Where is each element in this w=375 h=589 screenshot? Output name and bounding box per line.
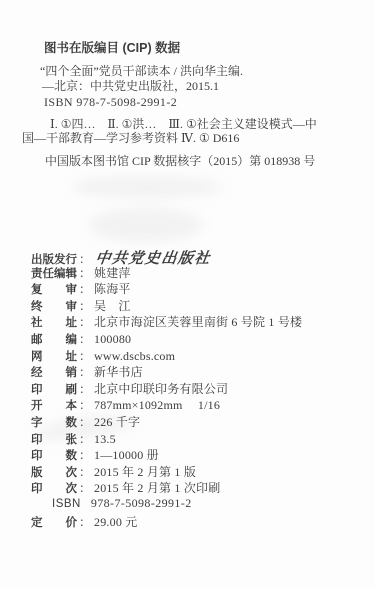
colophon-row: 开 本 ： 787mm×1092mm 1/16 — [31, 396, 361, 413]
colophon-label: 责任编辑 — [31, 265, 77, 281]
colophon-row: 印 刷 ： 北京中印联印务有限公司 — [31, 380, 361, 397]
cip-classification-line-2: 国—干部教育—学习参考资料 Ⅳ. ① D616 — [22, 131, 239, 145]
colophon-value: 787mm×1092mm 1/16 — [94, 396, 220, 413]
colophon-value: www.dscbs.com — [94, 349, 175, 364]
cip-classification-line-1: Ⅰ. ①四… Ⅱ. ①洪… Ⅲ. ①社会主义建设模式—中 — [50, 117, 317, 131]
cip-book-title: “四个全面”党员干部读本 / 洪向华主编. — [40, 64, 243, 78]
colophon-label: 印 次 — [31, 480, 77, 496]
colophon-value: 2015 年 2 月第 1 次印刷 — [94, 479, 220, 496]
colophon-value: 中共党史出版社 — [94, 247, 212, 268]
colophon-value: 226 千字 — [94, 413, 140, 430]
colophon-label: 邮 编 — [31, 331, 77, 347]
colophon-block: 出版发行 ： 中共党史出版社 责任编辑 ： 姚建萍 复 审 ： 陈海平 终 审 … — [31, 247, 361, 529]
cip-publisher-line: —北京：中共党史出版社，2015.1 — [42, 79, 219, 93]
colophon-colon: ： — [79, 330, 91, 347]
colophon-row: 社 址 ： 北京市海淀区芙蓉里南街 6 号院 1 号楼 — [31, 313, 361, 330]
colophon-label: 版 次 — [31, 464, 77, 480]
colophon-colon: ： — [79, 413, 91, 430]
colophon-label: 定 价 — [31, 514, 77, 530]
colophon-value: 吴 江 — [94, 297, 131, 314]
colophon-value: 29.00 元 — [94, 513, 137, 530]
colophon-row: 印 数 ： 1—10000 册 — [31, 446, 361, 463]
colophon-row: 定 价 ： 29.00 元 — [31, 513, 361, 530]
colophon-colon: ： — [79, 380, 91, 397]
colophon-label: ISBN — [52, 498, 81, 510]
colophon-label: 终 审 — [31, 298, 77, 314]
colophon-value: 13.5 — [94, 432, 116, 447]
colophon-colon: ： — [79, 446, 91, 463]
colophon-colon: ： — [79, 396, 91, 413]
colophon-label: 经 销 — [31, 364, 77, 380]
colophon-colon: ： — [79, 313, 91, 330]
colophon-colon: ： — [79, 347, 91, 364]
colophon-row: 经 销 ： 新华书店 — [31, 363, 361, 380]
colophon-label: 社 址 — [31, 314, 77, 330]
colophon-value: 1—10000 册 — [94, 446, 159, 463]
colophon-row: 字 数 ： 226 千字 — [31, 413, 361, 430]
colophon-value: 2015 年 2 月第 1 版 — [94, 463, 196, 480]
colophon-colon: ： — [79, 430, 91, 447]
colophon-value: 新华书店 — [94, 363, 143, 380]
colophon-value: 北京市海淀区芙蓉里南街 6 号院 1 号楼 — [94, 313, 302, 330]
colophon-label: 印 数 — [31, 447, 77, 463]
colophon-row: 印 次 ： 2015 年 2 月第 1 次印刷 — [31, 479, 361, 496]
colophon-value: 陈海平 — [94, 280, 131, 297]
colophon-colon: ： — [79, 463, 91, 480]
colophon-value: 100080 — [94, 332, 131, 347]
colophon-colon: ： — [79, 297, 91, 314]
scan-smudge — [72, 176, 222, 198]
colophon-row: 邮 编 ： 100080 — [31, 330, 361, 347]
cip-title: 图书在版编目 (CIP) 数据 — [44, 41, 180, 55]
colophon-row: 网 址 ： www.dscbs.com — [31, 347, 361, 364]
colophon-label: 印 刷 — [31, 381, 77, 397]
colophon-colon: ： — [79, 264, 91, 281]
colophon-row: 终 审 ： 吴 江 — [31, 297, 361, 314]
colophon-value: 北京中印联印务有限公司 — [94, 380, 228, 397]
colophon-row: 印 张 ： 13.5 — [31, 430, 361, 447]
book-copyright-page: 图书在版编目 (CIP) 数据 “四个全面”党员干部读本 / 洪向华主编. —北… — [0, 0, 375, 589]
colophon-label: 复 审 — [31, 281, 77, 297]
colophon-colon: ： — [79, 479, 91, 496]
colophon-label: 字 数 — [31, 414, 77, 430]
colophon-colon: ： — [79, 513, 91, 530]
scan-smudge — [88, 208, 203, 242]
colophon-value: 978-7-5098-2991-2 — [91, 496, 192, 511]
colophon-row: 出版发行 ： 中共党史出版社 — [31, 247, 361, 264]
colophon-label: 开 本 — [31, 397, 77, 413]
colophon-row: ISBN ： 978-7-5098-2991-2 — [31, 496, 361, 513]
cip-registry-number: 中国版本图书馆 CIP 数据核字（2015）第 018938 号 — [45, 154, 315, 168]
colophon-row: 复 审 ： 陈海平 — [31, 280, 361, 297]
colophon-label: 印 张 — [31, 431, 77, 447]
colophon-row: 版 次 ： 2015 年 2 月第 1 版 — [31, 463, 361, 480]
colophon-colon: ： — [79, 280, 91, 297]
cip-isbn-line: ISBN 978-7-5098-2991-2 — [44, 95, 177, 109]
colophon-label: 网 址 — [31, 348, 77, 364]
colophon-colon: ： — [79, 363, 91, 380]
